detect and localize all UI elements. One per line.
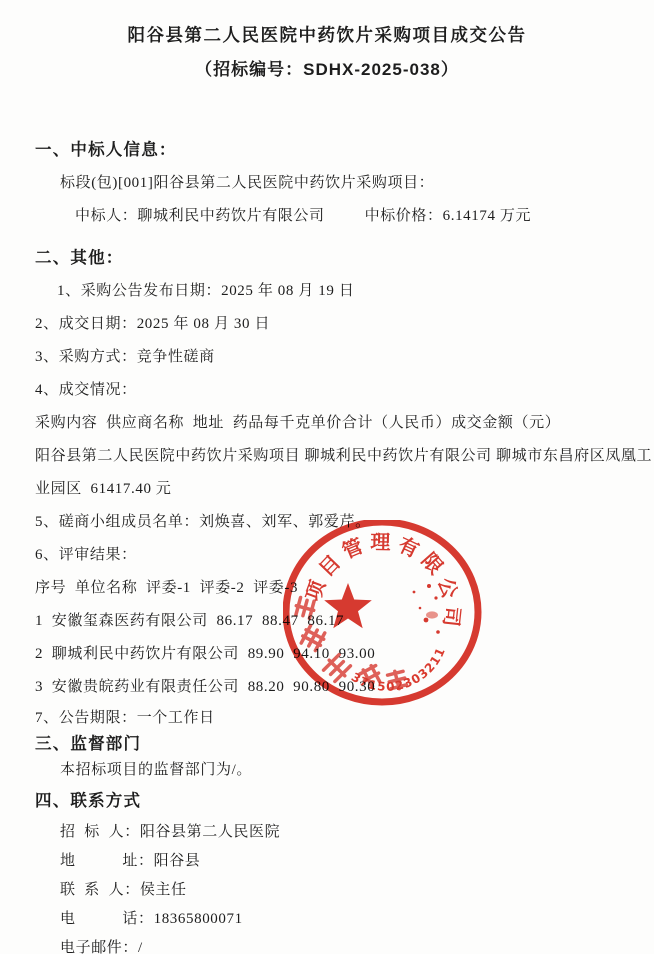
contact-label: 地 址： [60,853,154,869]
contact-row-person: 联 系 人：侯主任 [35,880,624,900]
contact-row-tenderee: 招 标 人：阳谷县第二人民医院 [35,822,624,842]
contact-label: 联 系 人： [60,882,140,898]
supervision-body-line: 本招标项目的监督部门为/。 [35,760,624,780]
section-3-heading: 三、监督部门 [35,734,624,754]
contact-label: 电 话： [60,911,154,927]
deal-table-row-part1: 阳谷县第二人民医院中药饮片采购项目 聊城利民中药饮片有限公司 聊城市东昌府区凤凰… [35,446,624,466]
contact-value: 阳谷县 [154,853,201,869]
section-1-heading: 一、中标人信息： [35,140,624,160]
contact-value: / [138,940,143,954]
contact-row-address: 地 址：阳谷县 [35,851,624,871]
winner-line: 中标人：聊城利民中药饮片有限公司中标价格：6.14174 万元 [35,206,624,226]
procurement-method-line: 3、采购方式：竞争性磋商 [35,347,624,367]
contact-value: 侯主任 [140,882,187,898]
lot-line: 标段(包)[001]阳谷县第二人民医院中药饮片采购项目： [35,173,624,193]
contact-row-phone: 电 话：18365800071 [35,909,624,929]
review-table-row: 1 安徽玺森医药有限公司 86.17 88.47 86.17 [35,611,624,631]
review-table-row: 3 安徽贵皖药业有限责任公司 88.20 90.80 90.30 [35,677,624,697]
deal-table-header: 采购内容 供应商名称 地址 药品每千克单价合计（人民币）成交金额（元） [35,413,624,433]
section-4-heading: 四、联系方式 [35,791,624,811]
contact-value: 阳谷县第二人民医院 [140,824,280,840]
review-results-heading: 6、评审结果： [35,545,624,565]
deal-date-line: 2、成交日期：2025 年 08 月 30 日 [35,314,624,334]
price-value: 6.14174 万元 [443,208,532,224]
winner-name: 聊城利民中药饮片有限公司 [137,208,324,224]
panel-members-line: 5、磋商小组成员名单：刘焕喜、刘军、郭爱芹。 [35,512,624,532]
tender-number-line: （招标编号：SDHX-2025-038） [0,59,654,81]
deal-table-row-part2: 业园区 61417.40 元 [35,479,624,499]
publish-date-line: 1、采购公告发布日期：2025 年 08 月 19 日 [35,281,624,301]
section-2-heading: 二、其他： [35,248,624,268]
price-label: 中标价格： [365,208,443,224]
winner-label: 中标人： [75,208,137,224]
document-page: 阳谷县第二人民医院中药饮片采购项目成交公告 （招标编号：SDHX-2025-03… [0,0,654,954]
contact-value: 18365800071 [154,911,243,927]
review-table-header: 序号 单位名称 评委-1 评委-2 评委-3 [35,578,624,598]
deal-status-heading: 4、成交情况： [35,380,624,400]
review-table-row: 2 聊城利民中药饮片有限公司 89.90 94.10 93.00 [35,644,624,664]
contact-row-email: 电子邮件：/ [35,938,624,954]
contact-label: 招 标 人： [60,824,140,840]
notice-period-line: 7、公告期限：一个工作日 [35,708,624,728]
contact-label: 电子邮件： [60,940,138,954]
document-title: 阳谷县第二人民医院中药饮片采购项目成交公告 [0,0,654,46]
